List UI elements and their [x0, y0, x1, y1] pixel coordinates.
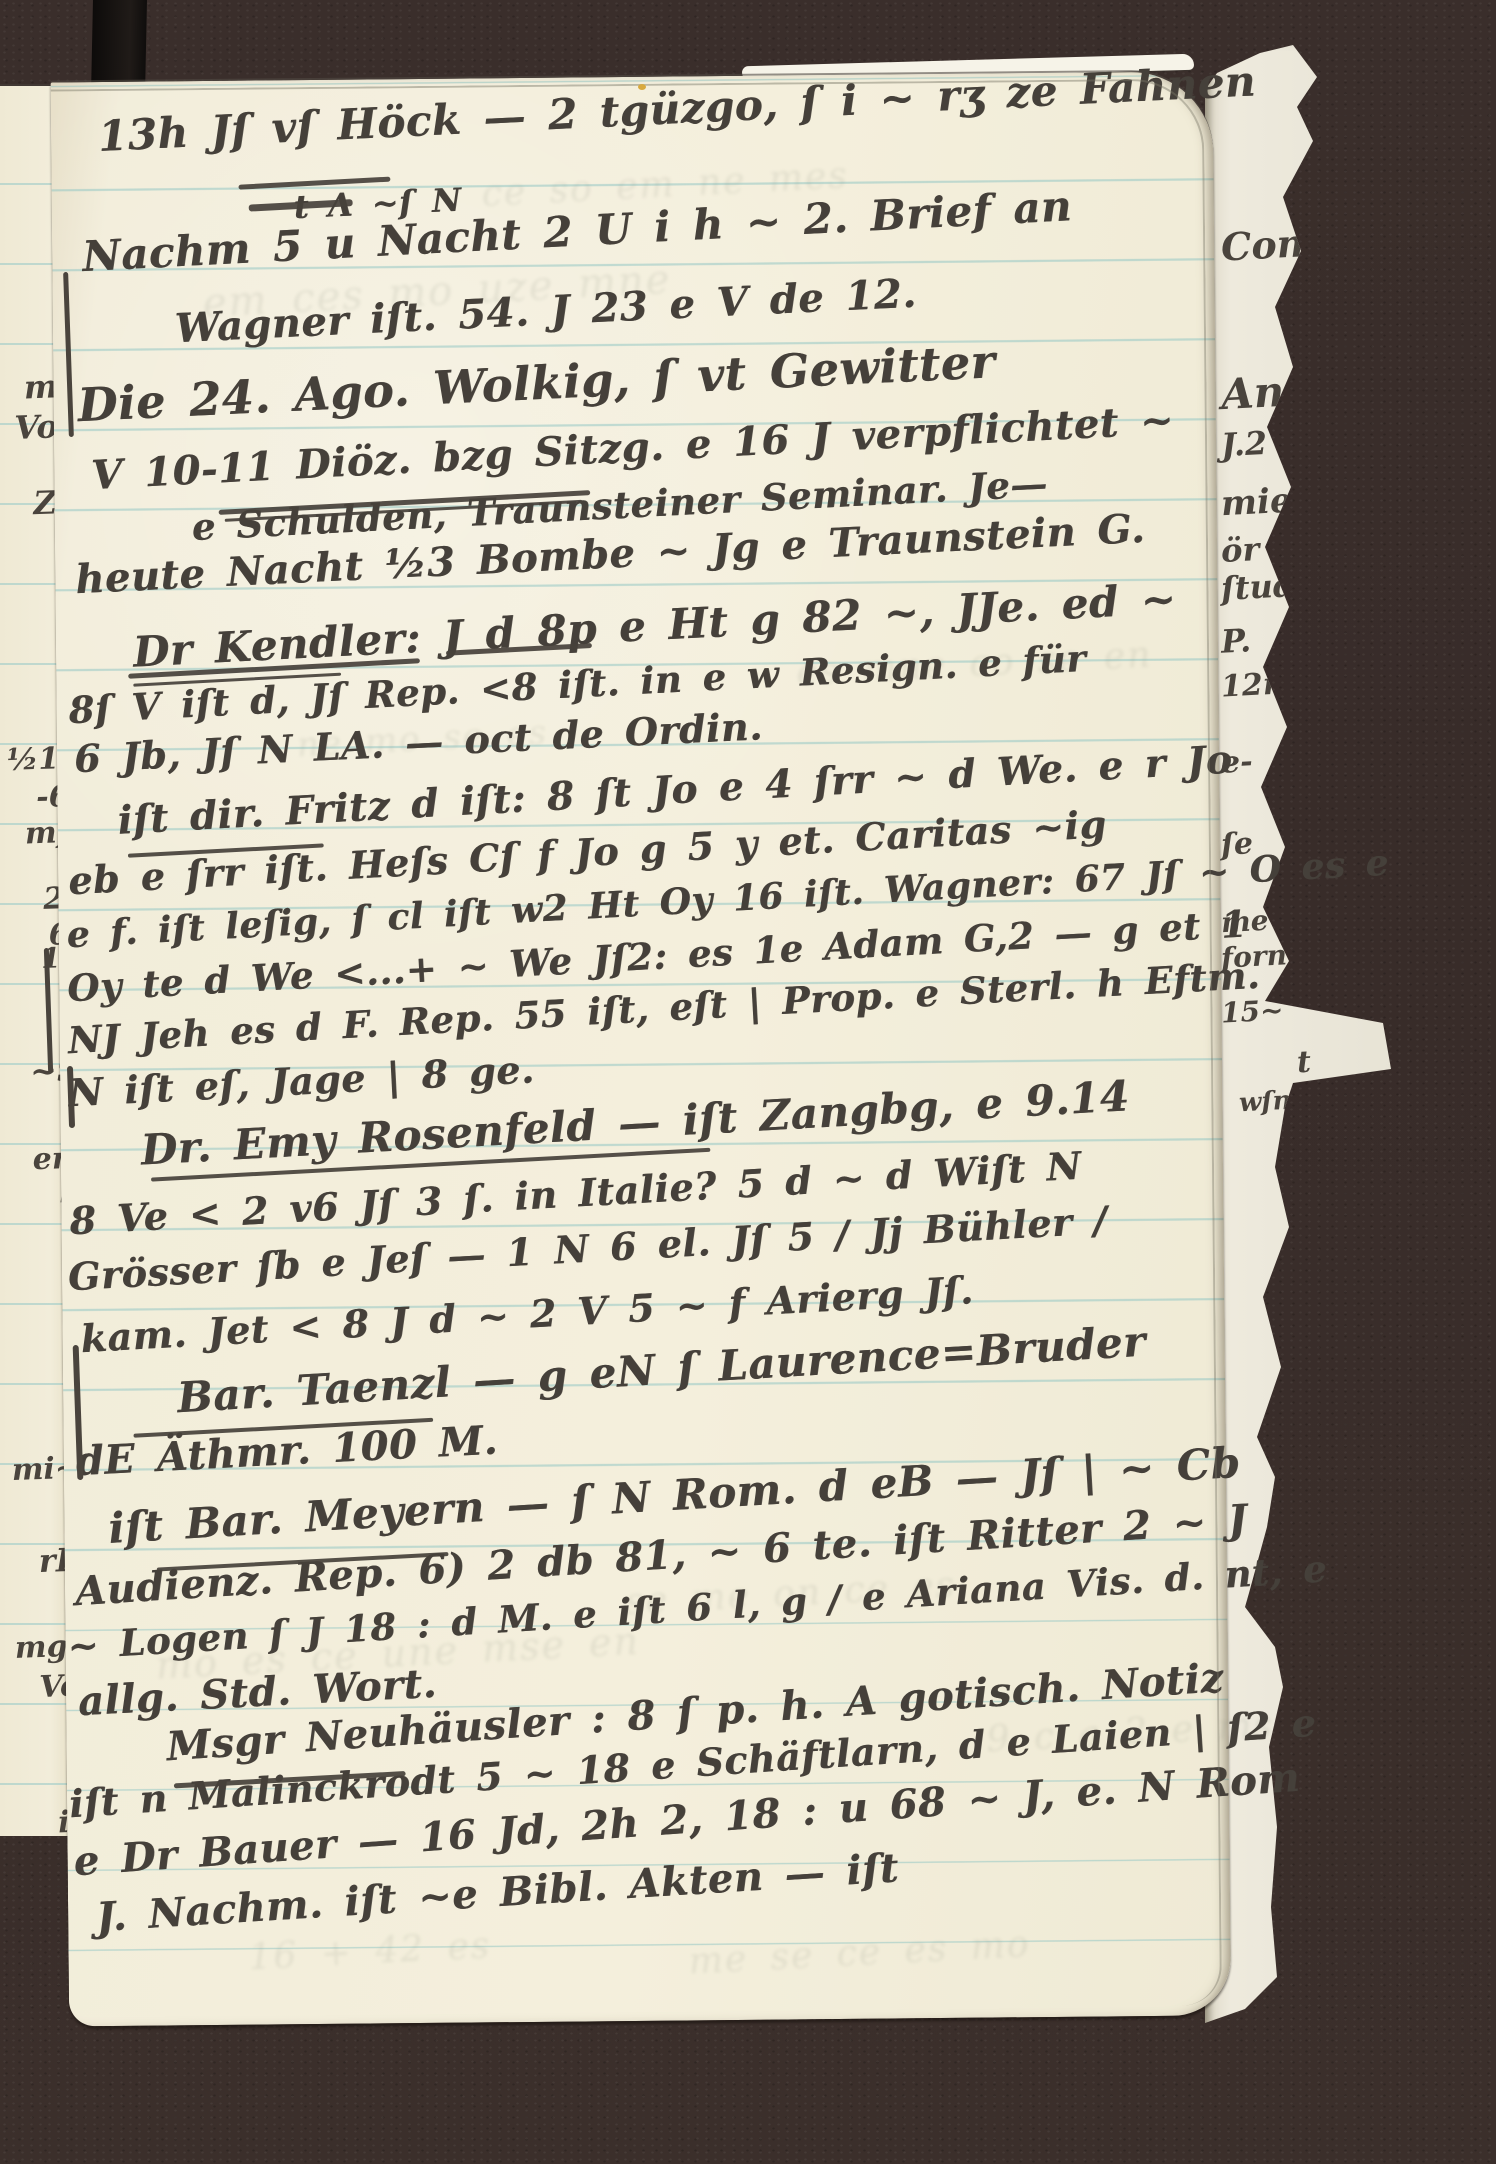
photo-background: n~m2Vo2Zn½12-6.mſ.2r6.12~Ser-kmi~rEmg-Vo…: [0, 0, 1496, 2164]
cutoff-word-fragment-right: P.: [1220, 621, 1252, 661]
notebook-page: em ces mo uze mnece so em ne meses mne c…: [51, 71, 1232, 2026]
cutoff-word-fragment-right: t: [1296, 1045, 1312, 1081]
paper-speck: [638, 84, 646, 90]
cutoff-word-fragment-right: ör ~: [1220, 528, 1298, 570]
handwriting-layer: 13h Jſ vſ Höck — 2 tgüzgo, ſ i ~ rʒ ze F…: [51, 71, 1213, 82]
cutoff-word-fragment-right: ſtud: [1220, 566, 1296, 608]
cutoff-word-fragment-right: Con-: [1220, 219, 1321, 269]
cutoff-word-fragment-right: mier: [1220, 480, 1310, 525]
bleedthrough-text: me se ce es mo: [688, 1924, 1032, 1983]
bleedthrough-text: 16 + 42 es: [248, 1925, 493, 1978]
handwriting-line: 13h Jſ vſ Höck — 2 tgüzgo, ſ i ~ rʒ ze F…: [97, 56, 1257, 161]
cutoff-word-fragment-right: 15~: [1220, 993, 1284, 1029]
cutoff-word-fragment-right: 12n: [1220, 666, 1285, 704]
cutoff-word-fragment-right: J.2: [1220, 424, 1268, 464]
cutoff-word-fragment-right: wſn: [1238, 1086, 1292, 1119]
cutoff-word-fragment-right: An-: [1220, 366, 1303, 419]
